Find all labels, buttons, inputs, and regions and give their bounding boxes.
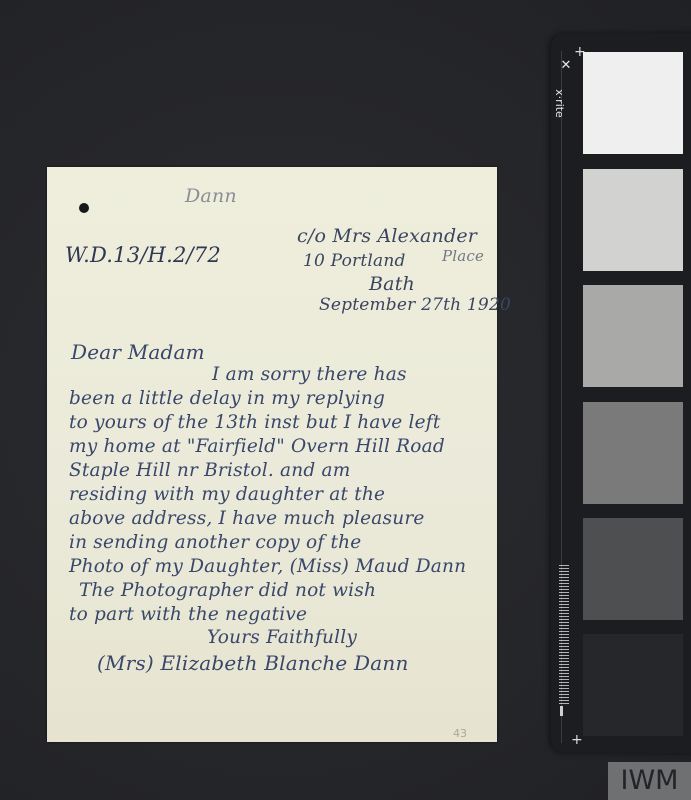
page-number: 43 bbox=[453, 727, 467, 740]
iwm-watermark: IWM bbox=[608, 762, 691, 800]
patch-black bbox=[583, 634, 683, 736]
color-checker-card: ✕ x·rite + + bbox=[551, 33, 691, 753]
body-line: Photo of my Daughter, (Miss) Maud Dann bbox=[69, 556, 466, 577]
body-line: above address, I have much pleasure bbox=[69, 508, 425, 529]
body-line: I am sorry there has bbox=[212, 364, 407, 385]
brand-label: x·rite bbox=[553, 89, 566, 118]
body-line: The Photographer did not wish bbox=[79, 580, 376, 601]
salutation: Dear Madam bbox=[71, 340, 205, 364]
patch-light-gray bbox=[583, 169, 683, 271]
closing: Yours Faithfully bbox=[207, 627, 357, 648]
xrite-logo-icon: ✕ bbox=[559, 59, 573, 73]
body-line: in sending another copy of the bbox=[69, 532, 361, 553]
body-line: to part with the negative bbox=[69, 604, 307, 625]
body-line: residing with my daughter at the bbox=[69, 484, 385, 505]
patch-mid-light-gray bbox=[583, 285, 683, 387]
archive-annotation: Dann bbox=[185, 185, 237, 207]
patch-mid-gray bbox=[583, 402, 683, 504]
address-line-1: c/o Mrs Alexander bbox=[297, 225, 477, 247]
address-correction: Place bbox=[442, 247, 484, 265]
ruler-tick bbox=[560, 706, 563, 716]
crosshair-icon: + bbox=[571, 733, 583, 747]
letter-sheet: Dann W.D.13/H.2/72 c/o Mrs Alexander 10 … bbox=[47, 167, 497, 742]
patch-dark-gray bbox=[583, 518, 683, 620]
body-line: been a little delay in my replying bbox=[69, 388, 385, 409]
brand: ✕ x·rite bbox=[559, 59, 573, 139]
ruler-scale bbox=[559, 565, 569, 705]
letter-date: September 27th 1920 bbox=[319, 295, 511, 315]
body-line: Staple Hill nr Bristol. and am bbox=[69, 460, 350, 481]
address-line-2: 10 Portland bbox=[303, 251, 406, 271]
reference-number: W.D.13/H.2/72 bbox=[65, 243, 221, 267]
address-line-3: Bath bbox=[369, 273, 415, 295]
body-line: my home at "Fairfield" Overn Hill Road bbox=[69, 436, 445, 457]
punch-hole bbox=[79, 203, 89, 213]
body-line: to yours of the 13th inst but I have lef… bbox=[69, 412, 440, 433]
patch-white bbox=[583, 52, 683, 154]
signature: (Mrs) Elizabeth Blanche Dann bbox=[97, 651, 409, 675]
